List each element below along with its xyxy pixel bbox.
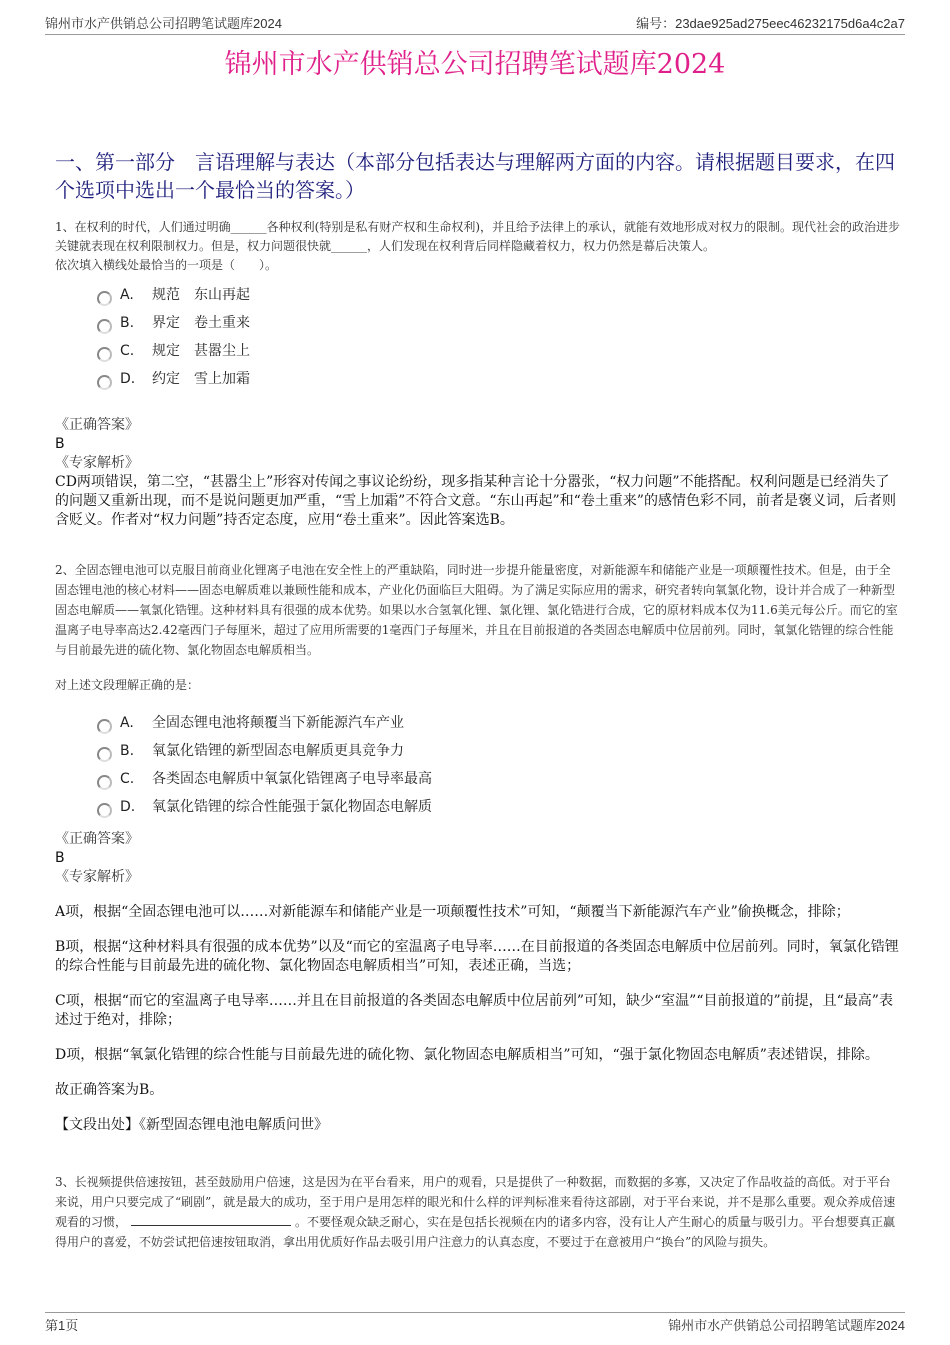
document-title: 锦州市水产供销总公司招聘笔试题库2024 — [0, 42, 950, 81]
option-text: 规定 甚嚣尘上 — [152, 342, 250, 361]
analysis-option-a: A项，根据“全固态锂电池可以……对新能源车和储能产业是一项颠覆性技术”可知，“颠… — [55, 903, 900, 922]
option-text: 氧氯化锆锂的新型固态电解质更具竞争力 — [152, 742, 404, 761]
page-number: 第1页 — [45, 1315, 78, 1334]
option-text: 各类固态电解质中氧氯化锆锂离子电导率最高 — [152, 770, 432, 789]
radio-button-icon[interactable] — [97, 347, 112, 362]
analysis-option-b: B项，根据“这种材料具有很强的成本优势”以及“而它的室温离子电导率……在目前报道… — [55, 938, 900, 976]
option-d[interactable]: D. 氧氯化锆锂的综合性能强于氯化物固态电解质 — [97, 793, 900, 821]
radio-button-icon[interactable] — [97, 747, 112, 762]
option-letter: C. — [120, 342, 152, 361]
header-doc-name: 锦州市水产供销总公司招聘笔试题库2024 — [45, 13, 282, 32]
option-a[interactable]: A. 全固态锂电池将颠覆当下新能源汽车产业 — [97, 709, 900, 737]
option-c[interactable]: C. 规定 甚嚣尘上 — [97, 337, 900, 365]
option-letter: B. — [120, 742, 152, 761]
expert-analysis-label: 《专家解析》 — [55, 867, 900, 887]
analysis-source: 【文段出处】《新型固态锂电池电解质问世》 — [55, 1116, 900, 1135]
question-3: 3、长视频提供倍速按钮，甚至鼓励用户倍速，这是因为在平台看来，用户的观看，只是提… — [55, 1172, 900, 1252]
option-letter: A. — [120, 286, 152, 305]
radio-button-icon[interactable] — [97, 719, 112, 734]
analysis-option-c: C项，根据“而它的室温离子电导率……并且在目前报道的各类固态电解质中位居前列”可… — [55, 992, 900, 1030]
header-doc-id: 编号：23dae925ad275eec46232175d6a4c2a7 — [636, 13, 905, 32]
page-header: 锦州市水产供销总公司招聘笔试题库2024 编号：23dae925ad275eec… — [45, 12, 905, 35]
question-1: 1、在权利的时代，人们通过明确______各种权利(特别是私有财产权和生命权利)… — [55, 218, 900, 530]
option-letter: C. — [120, 770, 152, 789]
option-text: 界定 卷土重来 — [152, 314, 250, 333]
question-2: 2、全固态锂电池可以克服目前商业化锂离子电池在安全性上的严重缺陷，同时进一步提升… — [55, 560, 900, 1135]
radio-button-icon[interactable] — [97, 375, 112, 390]
question-1-text: 1、在权利的时代，人们通过明确______各种权利(特别是私有财产权和生命权利)… — [55, 218, 900, 256]
answer-blank — [131, 1213, 291, 1226]
question-2-text: 2、全固态锂电池可以克服目前商业化锂离子电池在安全性上的严重缺陷，同时进一步提升… — [55, 560, 900, 660]
analysis-conclusion: 故正确答案为B。 — [55, 1081, 900, 1100]
option-text: 氧氯化锆锂的综合性能强于氯化物固态电解质 — [152, 798, 432, 817]
footer-doc-name: 锦州市水产供销总公司招聘笔试题库2024 — [668, 1315, 905, 1334]
option-letter: B. — [120, 314, 152, 333]
question-1-prompt: 依次填入横线处最恰当的一项是（ ）。 — [55, 256, 900, 275]
correct-answer-label: 《正确答案》 — [55, 415, 900, 435]
option-text: 全固态锂电池将颠覆当下新能源汽车产业 — [152, 714, 404, 733]
option-b[interactable]: B. 界定 卷土重来 — [97, 309, 900, 337]
section-heading: 一、第一部分 言语理解与表达（本部分包括表达与理解两方面的内容。请根据题目要求，… — [55, 148, 895, 204]
correct-answer-label: 《正确答案》 — [55, 829, 900, 849]
option-letter: A. — [120, 714, 152, 733]
radio-button-icon[interactable] — [97, 803, 112, 818]
question-2-prompt: 对上述文段理解正确的是： — [55, 676, 900, 695]
analysis-option-d: D项，根据“氧氯化锆锂的综合性能与目前最先进的硫化物、氯化物固态电解质相当”可知… — [55, 1046, 900, 1065]
option-a[interactable]: A. 规范 东山再起 — [97, 281, 900, 309]
correct-answer-value: B — [55, 435, 900, 453]
option-letter: D. — [120, 798, 152, 817]
option-b[interactable]: B. 氧氯化锆锂的新型固态电解质更具竞争力 — [97, 737, 900, 765]
page-footer: 第1页 锦州市水产供销总公司招聘笔试题库2024 — [45, 1312, 905, 1334]
option-text: 规范 东山再起 — [152, 286, 250, 305]
expert-analysis-text: CD两项错误，第二空，“甚嚣尘上”形容对传闻之事议论纷纷，现多指某种言论十分嚣张… — [55, 473, 900, 530]
option-letter: D. — [120, 370, 152, 389]
radio-button-icon[interactable] — [97, 775, 112, 790]
radio-button-icon[interactable] — [97, 319, 112, 334]
question-2-options: A. 全固态锂电池将颠覆当下新能源汽车产业 B. 氧氯化锆锂的新型固态电解质更具… — [97, 709, 900, 821]
expert-analysis-label: 《专家解析》 — [55, 453, 900, 473]
correct-answer-value: B — [55, 849, 900, 867]
question-1-options: A. 规范 东山再起 B. 界定 卷土重来 C. 规定 甚嚣尘上 D. 约定 雪… — [97, 281, 900, 393]
radio-button-icon[interactable] — [97, 291, 112, 306]
option-text: 约定 雪上加霜 — [152, 370, 250, 389]
question-3-text: 3、长视频提供倍速按钮，甚至鼓励用户倍速，这是因为在平台看来，用户的观看，只是提… — [55, 1172, 900, 1252]
option-c[interactable]: C. 各类固态电解质中氧氯化锆锂离子电导率最高 — [97, 765, 900, 793]
option-d[interactable]: D. 约定 雪上加霜 — [97, 365, 900, 393]
